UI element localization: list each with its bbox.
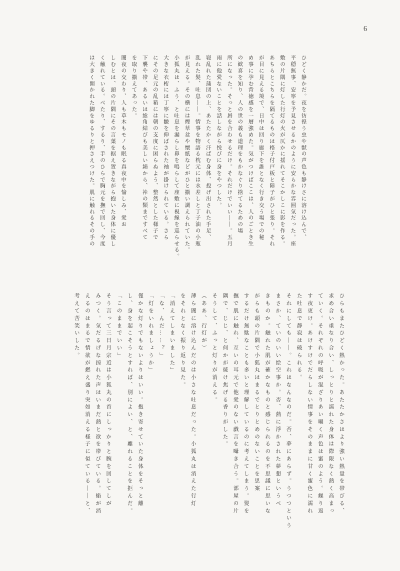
text-column: にその足元の乱箱には朝の支度に困らぬよう、整然とした様子で <box>149 55 160 271</box>
text-column: 小狐丸は、ふう、と吐息を漏らし鼻を鳴らして座敷に視線を巡らせる。 <box>170 55 181 271</box>
text-column: あちらとこちらを隔てるものは格子付戸板と障子がひと張り。それ <box>266 55 277 271</box>
text-column: た吐息で静寂は破られる。 <box>293 293 304 543</box>
text-column: 乱れた髪、吐息――。情事を物語る枕元には水差しと丁子油の小瓶 <box>191 55 202 271</box>
text-column: きものか。触れた肌が確かなものと感じられるのを不思議に思いな <box>261 293 272 543</box>
text-column: するだけ無駄なことも多いと理解しているのに考えてしまう。髪を <box>240 293 251 543</box>
text-column: す夜更け。あけすけでだらしない情事をそのままに甘く蜜色に濡れ <box>304 293 315 543</box>
text-column: ていく。それぞれの呼吸が混ざりあい囁く声色は蜜のよう。繰り返 <box>314 293 325 543</box>
text-column: しむとは、頭の片隅にその言葉を据え置きながら抱いた身体に優し <box>107 55 118 271</box>
text-column: 撫で肌に触れ、互いの耳元で他愛のない戯言を囁き合う。部屋の片 <box>229 293 240 543</box>
text-column: が目に見える境で、日中は回り廊下を誰となく行き交う場での秘 <box>255 55 266 271</box>
text-column: 求め合い重なり合い、しっとりと濡れた身体は際限なく熱く高まっ <box>325 293 336 543</box>
text-column: め事に孕む背徳感を一層強めた。気がつけばここは、人のごとき生 <box>244 55 255 271</box>
text-column: 考えて苦笑いした。 <box>71 293 82 543</box>
text-column: 「灯をいれましょうか」 <box>145 293 156 543</box>
lower-text-block: ひらもまたひどく熱かった。あたたかさはより強い熱量を帯びる、求め合い重なり合い、… <box>71 293 346 543</box>
text-column: がらも頭の片隅で小狐丸はまるでとりとめのないことを思案 <box>251 293 262 543</box>
text-column: 隅で、じじ、と何かが焼け焦げる香りがした。 <box>219 293 230 543</box>
page-number: 6 <box>364 25 368 33</box>
text-column: 「消えてしまいました」 <box>166 293 177 543</box>
novel-page: 6 ひどく静かだ。夜を彷徨う虫や獣の声色も静けさに溶け込んで、平穏無事、安寧を予… <box>0 0 400 571</box>
text-column: えるのはまるで情欲が燃え盛り突如消える様子に似ている――と、 <box>81 293 92 543</box>
text-column: が見える。その横には煙草盆や懐紙などがひと揃い調えられていた。 <box>181 55 192 271</box>
text-column: 闇夜の交わり、人も草木もモノも眠る真夜中を愉しみ、愛お <box>117 55 128 271</box>
text-column: 所になった。そっと唇を合わせるだけ。それだけでいい――。五月 <box>223 55 234 271</box>
text-column: の歓喜を知り、人の世の義も道理をもかなぐり捨てるための場 <box>234 55 245 271</box>
text-column: みつく。気だるげな掠れた声はいまだ熱と欲を帯びている。焔が消 <box>92 293 103 543</box>
text-column: （ああ、行灯が） <box>198 293 209 543</box>
text-column: 敷の片隅に灯した行灯の火が仄かに揺れてそこかしこに影を作る。 <box>276 55 287 271</box>
text-column: 下襲や帯、あるいは総角結びも美しい絹から、裃の類まですべて <box>139 55 150 271</box>
text-column: まさか、ていのいい絵空事か。否、熱に浮かされた夢想というべ <box>272 293 283 543</box>
text-column: ひらもまたひどく熱かった。あたたかさはより強い熱量を帯びる、 <box>335 293 346 543</box>
text-column: ひどく静かだ。夜を彷徨う虫や獣の声色も静けさに溶け込んで、 <box>297 55 308 271</box>
text-column: 平穏無事、安寧を予見させるかのように安らかな雰囲気だった。座 <box>287 55 298 271</box>
text-column: 寝乱れた蒲団の上、あたたかく汗ばむ身体、投げ出された手足、 <box>202 55 213 271</box>
text-column: く触れている。べたり、するり、手のひらで胸元を撫で回し、今度 <box>96 55 107 271</box>
text-column: を取り揃えてあった。 <box>128 55 139 271</box>
text-column: それにしても――。これはなんなのだ。否、夢にあらず。うつつという <box>282 293 293 543</box>
text-column: 薄ら闇に溶け込んだのは小さな吐息だった。小狐丸は消えた行灯 <box>187 293 198 543</box>
text-column: そう言って三日月宗近は小狐丸の首にしっかりと腕を回してしが <box>102 293 113 543</box>
text-column: 僅かな灯りでもないよりはいい。抱き寄せていた身体をそっと離 <box>134 293 145 543</box>
text-column: し、身を起こそうとすれば、別によい、と、離れることを拒んだ。 <box>124 293 135 543</box>
upper-text-block: ひどく静かだ。夜を彷徨う虫や獣の声色も静けさに溶け込んで、平穏無事、安寧を予見さ… <box>86 55 308 271</box>
text-column: は大きく開かれた脚をゆるりと押さえつけた。肌に触れるその手の <box>86 55 97 271</box>
text-column: 大きな衣桁には丁寧に皺を伸ばされた袖が掛けられている。さら <box>160 55 171 271</box>
text-column: 雨に他愛ないことを話しながら悦びに身をやつした。 <box>213 55 224 271</box>
text-column: 「このままでいい」 <box>113 293 124 543</box>
text-column: をそれとなく振り返り見た。 <box>177 293 188 543</box>
text-column: そうして、ふっと灯りが消える。 <box>208 293 219 543</box>
text-column: 「な、んだ……？」 <box>155 293 166 543</box>
